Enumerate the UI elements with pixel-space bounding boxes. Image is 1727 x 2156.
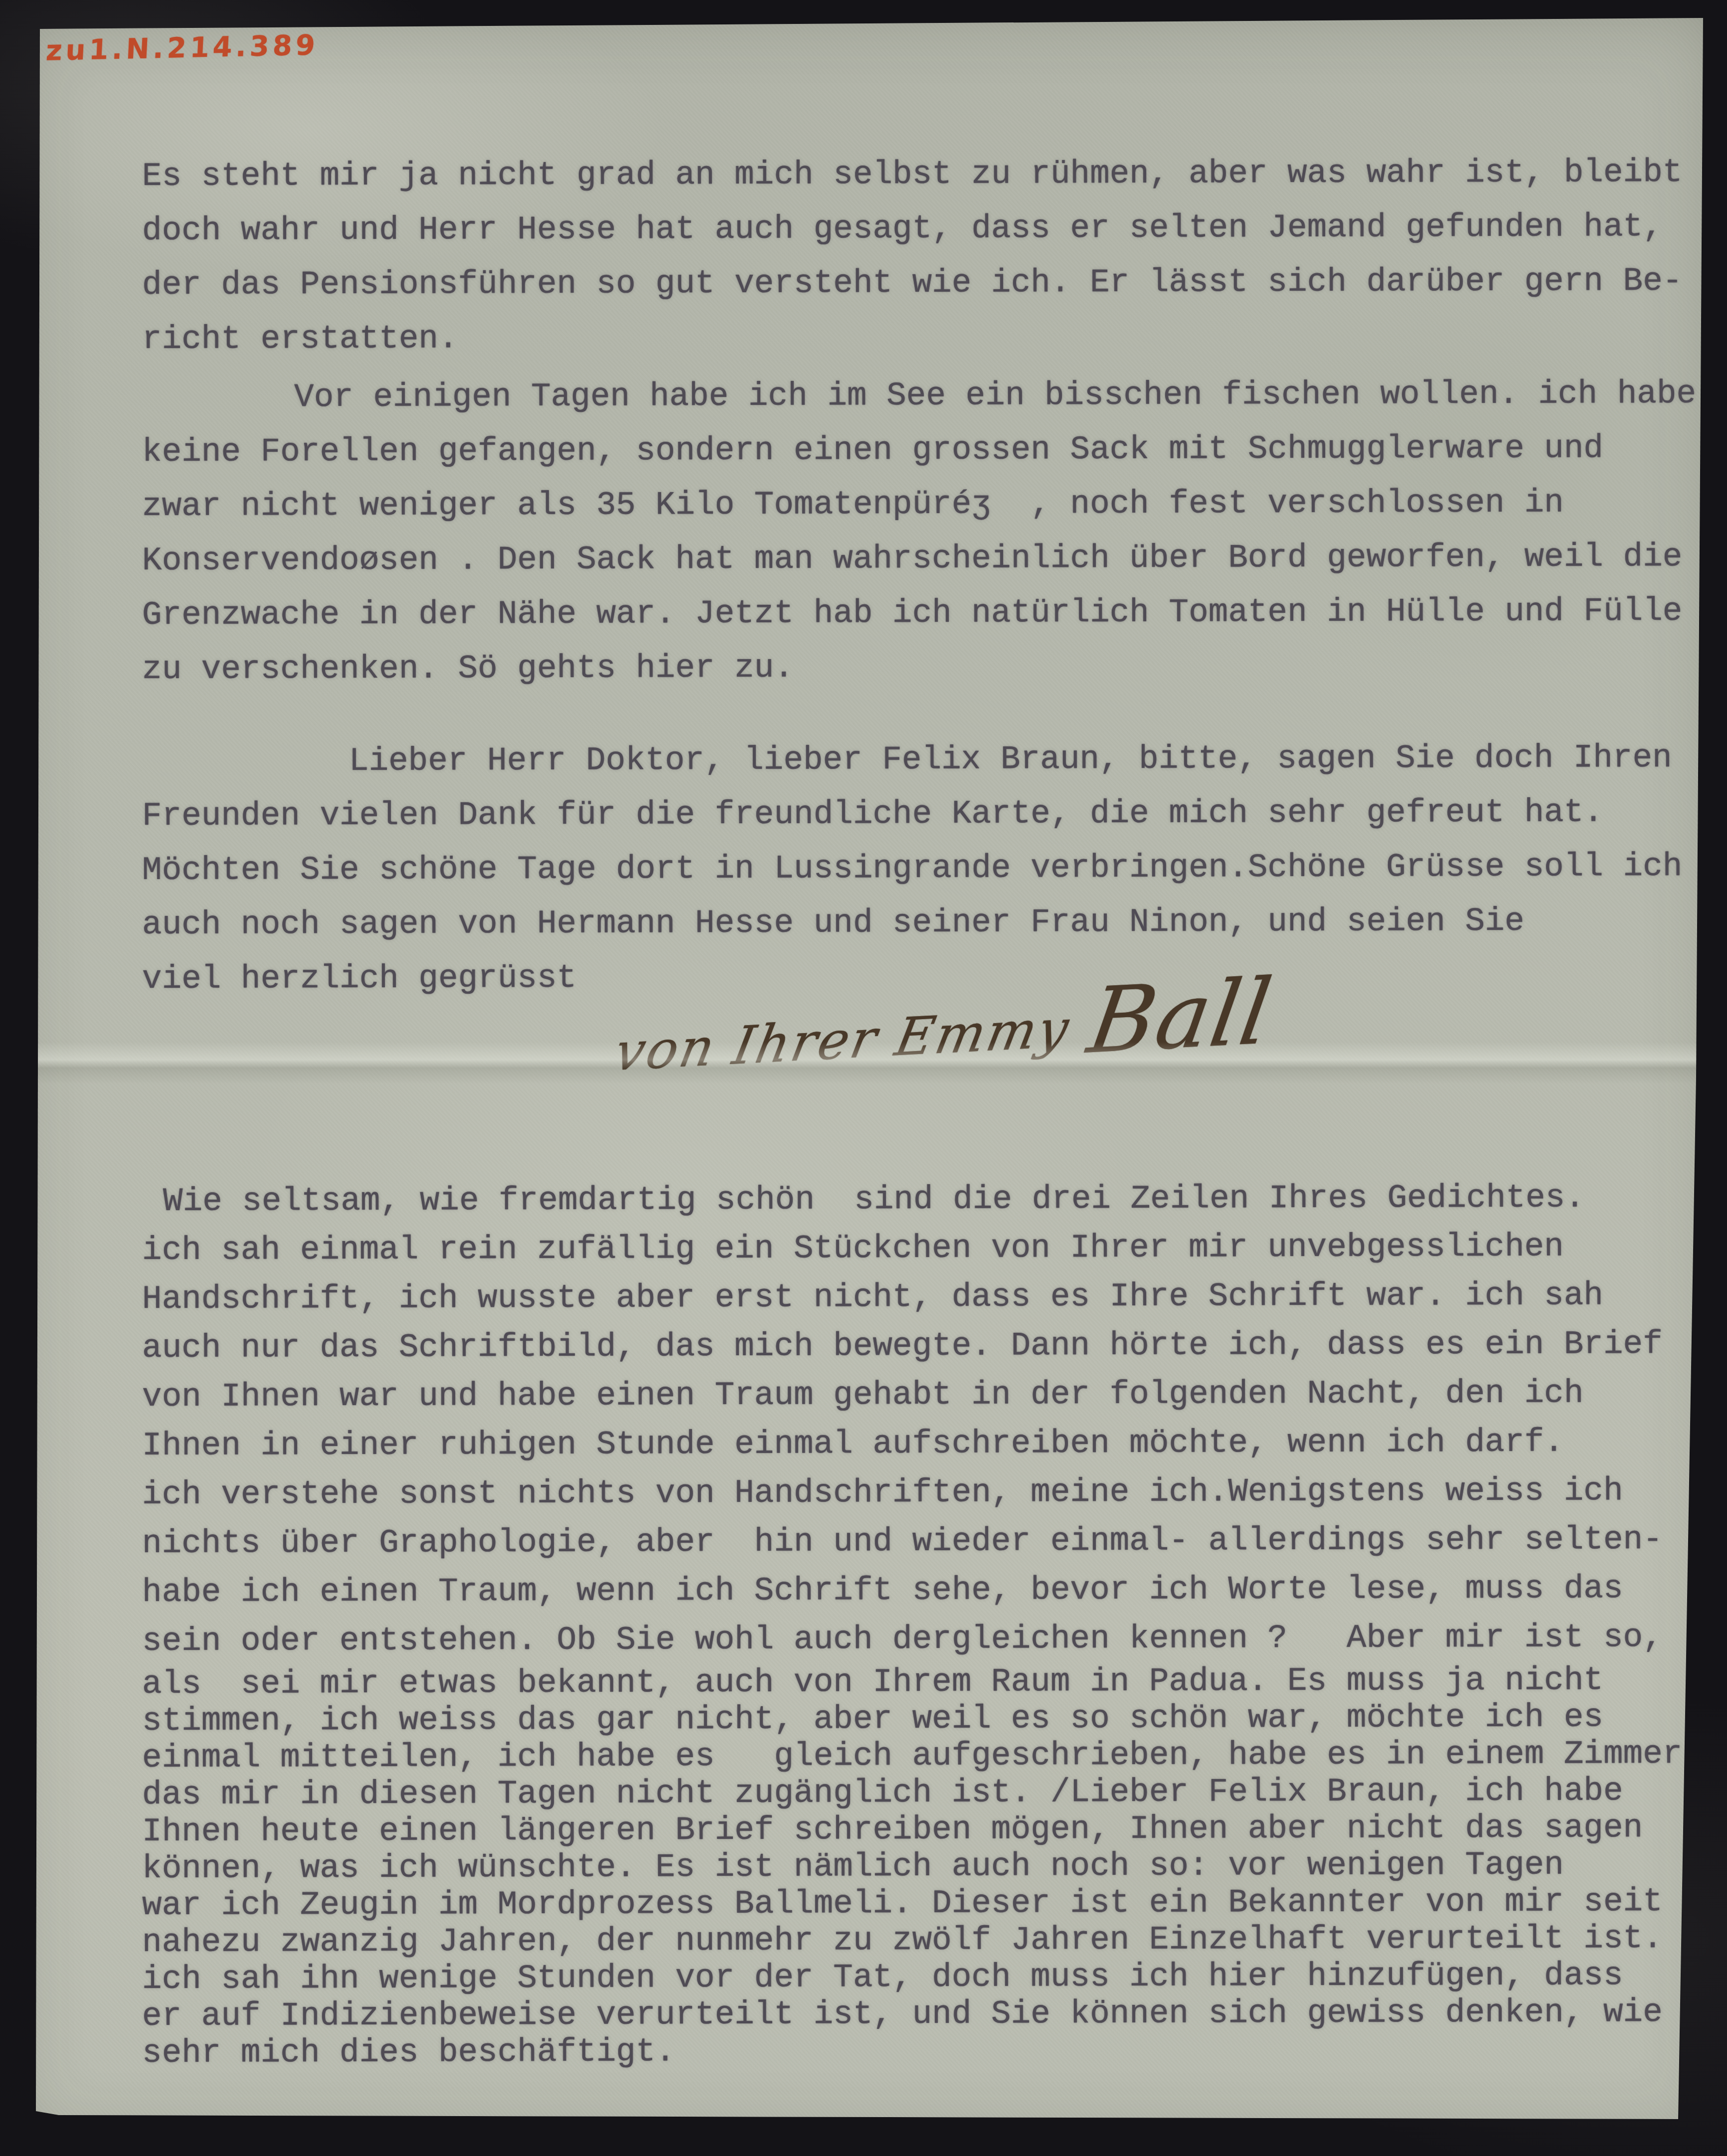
typed-line: sehr mich dies beschäftigt. bbox=[142, 2031, 1712, 2072]
typed-line: doch wahr und Herr Hesse hat auch gesagt… bbox=[142, 199, 1712, 258]
typed-line: zwar nicht weniger als 35 Kilo Tomatenpü… bbox=[142, 475, 1712, 534]
typed-line: sein oder entstehen. Ob Sie wohl auch de… bbox=[142, 1613, 1712, 1666]
typed-line: Handschrift, ich wusste aber erst nicht,… bbox=[142, 1271, 1712, 1324]
typed-line: Lieber Herr Doktor, lieber Felix Braun, … bbox=[142, 730, 1712, 789]
typed-line: der das Pensionsführen so gut versteht w… bbox=[142, 254, 1712, 312]
paragraph-3: Lieber Herr Doktor, lieber Felix Braun, … bbox=[142, 732, 1712, 1004]
typed-line: ich sah einmal rein zufällig ein Stückch… bbox=[142, 1222, 1712, 1275]
scanned-letter: zu1.N.214.389 Es steht mir ja nicht grad… bbox=[0, 0, 1727, 2156]
second-letter-lower: als sei mir etwas bekannt, auch von Ihre… bbox=[142, 1664, 1712, 2070]
typed-line: nichts über Graphologie, aber hin und wi… bbox=[142, 1515, 1712, 1568]
archival-number: zu1.N.214.389 bbox=[45, 29, 319, 67]
typed-line: war ich Zeugin im Mordprozess Ballmeli. … bbox=[142, 1883, 1712, 1924]
typed-line: nahezu zwanzig Jahren, der nunmehr zu zw… bbox=[142, 1920, 1712, 1961]
typed-line: einmal mitteilen, ich habe es gleich auf… bbox=[142, 1736, 1712, 1777]
paragraph-1: Es steht mir ja nicht grad an mich selbs… bbox=[142, 147, 1712, 364]
typed-line: Wie seltsam, wie fremdartig schön sind d… bbox=[142, 1173, 1712, 1226]
typed-line: Möchten Sie schöne Tage dort in Lussingr… bbox=[142, 839, 1712, 898]
typed-line: als sei mir etwas bekannt, auch von Ihre… bbox=[142, 1662, 1712, 1703]
typed-line: Ihnen in einer ruhigen Stunde einmal auf… bbox=[142, 1418, 1712, 1470]
typed-line: Es steht mir ja nicht grad an mich selbs… bbox=[142, 145, 1712, 203]
typed-line: Ihnen heute einen längeren Brief schreib… bbox=[142, 1809, 1712, 1850]
typed-line: können, was ich wünschte. Es ist nämlich… bbox=[142, 1846, 1712, 1887]
letter-page: zu1.N.214.389 Es steht mir ja nicht grad… bbox=[0, 0, 1727, 2156]
typed-line: Konservendoøsen . Den Sack hat man wahrs… bbox=[142, 530, 1712, 588]
typed-line: Vor einigen Tagen habe ich im See ein bi… bbox=[142, 366, 1712, 425]
second-letter-upper: Wie seltsam, wie fremdartig schön sind d… bbox=[142, 1175, 1712, 1664]
typed-line: auch nur das Schriftbild, das mich beweg… bbox=[142, 1320, 1712, 1373]
typed-line: Freunden vielen Dank für die freundliche… bbox=[142, 785, 1712, 843]
typed-line: er auf Indizienbeweise verurteilt ist, u… bbox=[142, 1994, 1712, 2035]
typed-line: Grenzwache in der Nähe war. Jetzt hab ic… bbox=[142, 584, 1712, 642]
typed-line: ich sah ihn wenige Stunden vor der Tat, … bbox=[142, 1957, 1712, 1998]
typed-line: stimmen, ich weiss das gar nicht, aber w… bbox=[142, 1699, 1712, 1740]
typed-line: ich verstehe sonst nichts von Handschrif… bbox=[142, 1466, 1712, 1519]
paragraph-2: Vor einigen Tagen habe ich im See ein bi… bbox=[142, 368, 1712, 695]
typed-line: das mir in diesen Tagen nicht zugänglich… bbox=[142, 1773, 1712, 1813]
typed-line: auch noch sagen von Hermann Hesse und se… bbox=[142, 894, 1712, 952]
typed-line: richt erstatten. bbox=[142, 308, 1712, 366]
typed-line: von Ihnen war und habe einen Traum gehab… bbox=[142, 1369, 1712, 1422]
typed-line: habe ich einen Traum, wenn ich Schrift s… bbox=[142, 1564, 1712, 1617]
fold-crease bbox=[35, 1042, 1700, 1084]
typed-line: keine Forellen gefangen, sondern einen g… bbox=[142, 421, 1712, 479]
typed-line: zu verschenken. Sö gehts hier zu. bbox=[142, 638, 1712, 697]
